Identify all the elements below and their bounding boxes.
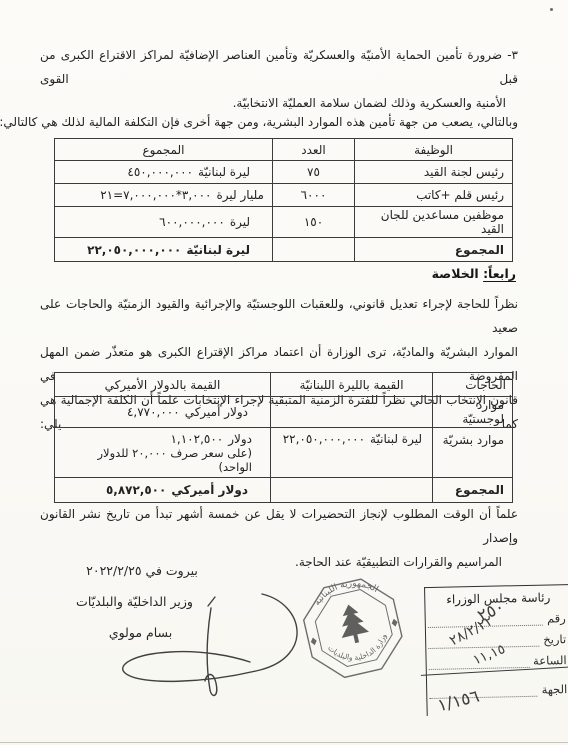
usd-amount-cell: دولار١,١٠٢,٥٠٠ (على سعر صرف ٢٠,٠٠٠ للدول…	[55, 428, 271, 478]
amount-unit: مليار ليرة	[217, 188, 264, 202]
field-label: تاريخ	[539, 632, 566, 647]
amount-unit: دولار أميركي	[171, 483, 248, 497]
cost-table-header-row: الوظيفة العدد المجموع	[55, 139, 513, 161]
amount-expression: ٣,٠٠٠*٧,٠٠٠,٠٠٠=٢١	[100, 188, 211, 202]
page-bottom-edge	[0, 742, 568, 743]
place-date-line: بيروت في ٢٠٢٢/٢/٢٥	[62, 563, 222, 578]
table-row: موارد لوجستيّة دولار أميركي٤,٧٧٠,٠٠٠	[55, 397, 513, 428]
lbp-header: القيمة بالليرة اللبنانيّة	[271, 373, 433, 397]
amount-number: ١,١٠٢,٥٠٠	[170, 432, 223, 446]
position-cell: موظفين مساعدين للجان القيد	[355, 207, 513, 238]
cedar-tree-icon	[335, 601, 371, 645]
empty-cell	[273, 238, 355, 262]
stamp-country-text: الجمهورية اللبنانية	[309, 572, 381, 609]
minister-title: وزير الداخليّة والبلديّات	[52, 594, 217, 609]
empty-cell	[271, 397, 433, 428]
usd-amount-cell: دولار أميركي٤,٧٧٠,٠٠٠	[55, 397, 271, 428]
time-paragraph-line1: علماً أن الوقت المطلوب لإنجاز التحضيرات …	[40, 502, 518, 550]
usd-header: القيمة بالدولار الأميركي	[55, 373, 271, 397]
heading-rest: الخلاصة	[432, 266, 484, 281]
cost-table-total-row: المجموع ليرة لبنانيّة٢٢,٠٥٠,٠٠٠,٠٠٠	[55, 238, 513, 262]
amount-number: ٤٥٠,٠٠٠,٠٠٠	[127, 165, 193, 179]
amount-unit: دولار أميركي	[185, 405, 248, 419]
amount-cell: ليرة لبنانيّة٤٥٠,٠٠٠,٠٠٠	[55, 161, 273, 184]
needs-header: الحاجات	[433, 373, 513, 397]
security-paragraph-line1: ٣- ضرورة تأمين الحماية الأمنيّة والعسكري…	[40, 43, 518, 91]
amount-number: ٤,٧٧٠,٠٠٠	[127, 405, 180, 419]
table-row: رئيس لجنة القيد ٧٥ ليرة لبنانيّة٤٥٠,٠٠٠,…	[55, 161, 513, 184]
dotted-leader	[428, 632, 539, 649]
amount-unit: ليرة لبنانيّة	[370, 432, 422, 446]
scan-speck-dot	[550, 8, 553, 11]
scanned-document-page: ٣- ضرورة تأمين الحماية الأمنيّة والعسكري…	[0, 0, 568, 745]
total-label-cell: المجموع	[433, 478, 513, 503]
amount-unit: دولار	[228, 432, 252, 446]
table-row: رئيس قلم +كاتب ٦٠٠٠ مليار ليرة٣,٠٠٠*٧,٠٠…	[55, 184, 513, 207]
cost-header-total: المجموع	[55, 139, 273, 161]
count-cell: ٦٠٠٠	[273, 184, 355, 207]
needs-table-total-row: المجموع دولار أميركي٥,٨٧٢,٥٠٠	[55, 478, 513, 503]
table-row: موظفين مساعدين للجان القيد ١٥٠ ليرة٦٠٠,٠…	[55, 207, 513, 238]
total-label-cell: المجموع	[355, 238, 513, 262]
amount-number: ٢٢,٠٥٠,٠٠٠,٠٠٠	[283, 432, 365, 446]
needs-table: الحاجات القيمة بالليرة اللبنانيّة القيمة…	[54, 372, 513, 503]
field-label: الساعة	[529, 653, 567, 668]
amount-unit: ليرة	[230, 215, 250, 229]
routing-box: رئاسة مجلس الوزراء رقم تاريخ الساعة الجه…	[424, 584, 568, 716]
stamp-star-left	[310, 637, 318, 646]
summary-section-heading: رابعاً: الخلاصة	[432, 266, 516, 281]
table-row: موارد بشريّة ليرة لبنانيّة٢٢,٠٥٠,٠٠٠,٠٠٠…	[55, 428, 513, 478]
amount-number: ٦٠٠,٠٠٠,٠٠٠	[159, 215, 225, 229]
field-label: رقم	[543, 611, 566, 625]
amount-number: ٥,٨٧٢,٥٠٠	[106, 483, 166, 497]
heading-underlined-part: رابعاً:	[483, 266, 516, 281]
cost-header-position: الوظيفة	[355, 139, 513, 161]
total-usd-cell: دولار أميركي٥,٨٧٢,٥٠٠	[55, 478, 271, 503]
ministry-stamp: الجمهورية اللبنانية وزارة الداخلية والبل…	[286, 559, 422, 699]
minister-name: بسام مولوي	[88, 625, 193, 640]
security-paragraph: ٣- ضرورة تأمين الحماية الأمنيّة والعسكري…	[40, 43, 518, 115]
cost-header-count: العدد	[273, 139, 355, 161]
field-label: الجهة	[537, 682, 567, 697]
need-cell: موارد لوجستيّة	[433, 397, 513, 428]
amount-cell: مليار ليرة٣,٠٠٠*٧,٠٠٠,٠٠٠=٢١	[55, 184, 273, 207]
needs-table-header-row: الحاجات القيمة بالليرة اللبنانيّة القيمة…	[55, 373, 513, 397]
summary-paragraph-line1: نظراً للحاجة لإجراء تعديل قانوني، وللعقب…	[40, 292, 518, 340]
amount-unit: ليرة لبنانيّة	[186, 243, 250, 257]
count-cell: ١٥٠	[273, 207, 355, 238]
cost-intro-line: وبالتالي، يصعب من جهة تأمين هذه الموارد …	[40, 110, 518, 134]
position-cell: رئيس قلم +كاتب	[355, 184, 513, 207]
total-amount-cell: ليرة لبنانيّة٢٢,٠٥٠,٠٠٠,٠٠٠	[55, 238, 273, 262]
position-cell: رئيس لجنة القيد	[355, 161, 513, 184]
amount-number: ٢٢,٠٥٠,٠٠٠,٠٠٠	[87, 243, 181, 257]
count-cell: ٧٥	[273, 161, 355, 184]
exchange-rate-note: (على سعر صرف ٢٠,٠٠٠ للدولار الواحد)	[59, 446, 252, 474]
cost-table: الوظيفة العدد المجموع رئيس لجنة القيد ٧٥…	[54, 138, 513, 262]
need-cell: موارد بشريّة	[433, 428, 513, 478]
empty-cell	[271, 478, 433, 503]
amount-unit: ليرة لبنانيّة	[198, 165, 250, 179]
lbp-amount-cell: ليرة لبنانيّة٢٢,٠٥٠,٠٠٠,٠٠٠	[271, 428, 433, 478]
amount-cell: ليرة٦٠٠,٠٠٠,٠٠٠	[55, 207, 273, 238]
